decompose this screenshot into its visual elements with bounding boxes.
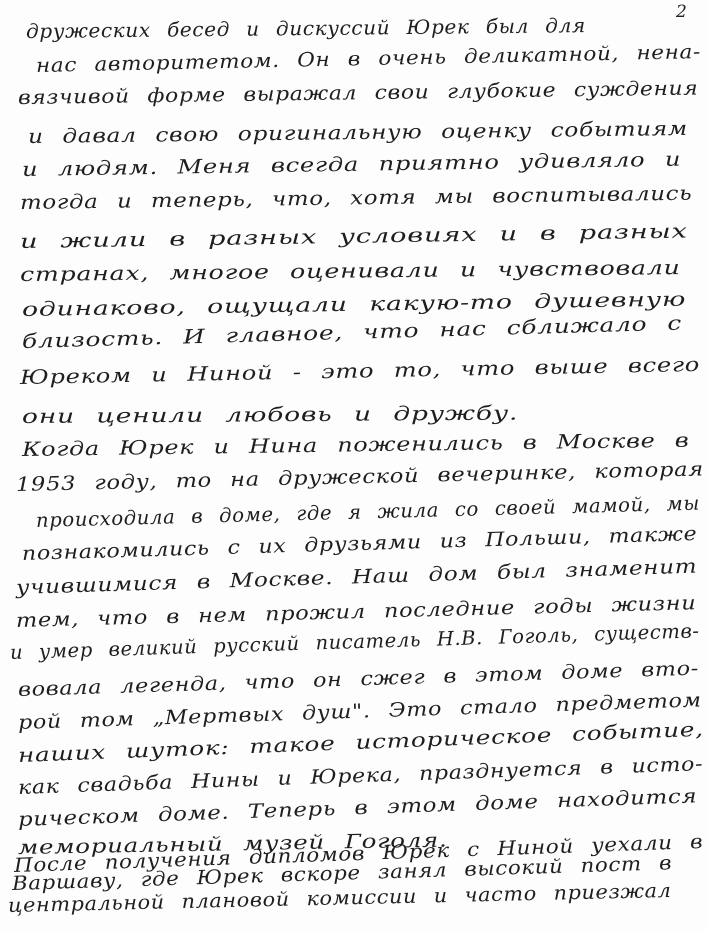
handwritten-line: и давал свою оригинальную оценку события…: [28, 119, 688, 147]
handwritten-line: дружеских бесед и дискуссий Юрек был для: [26, 16, 586, 41]
handwritten-line: и жили в разных условиях и в разных: [20, 222, 688, 252]
handwritten-line: вязчивой форме выражал свои глубокие суж…: [18, 79, 699, 108]
handwritten-line: и людям. Меня всегда приятно удивляло и: [22, 150, 681, 180]
handwritten-line: они ценили любовь и дружбу.: [22, 404, 518, 427]
handwritten-line: нас авторитетом. Он в очень деликатной, …: [36, 42, 701, 75]
handwritten-line: Юреком и Ниной - это то, что выше всего: [20, 355, 700, 388]
handwritten-line: учившимися в Москве. Наш дом был знамени…: [16, 557, 698, 598]
handwritten-page: 2 дружеских бесед и дискуссий Юрек был д…: [0, 0, 708, 930]
handwritten-line: странах, многое оценивали и чувствовали: [20, 258, 681, 284]
page-number: 2: [676, 2, 687, 22]
handwritten-line: Когда Юрек и Нина поженились в Москве в: [22, 431, 690, 460]
handwritten-line: тогда и теперь, что, хотя мы воспитывали…: [20, 184, 693, 213]
handwritten-line: 1953 году, то на дружеской вечеринке, ко…: [16, 459, 704, 494]
